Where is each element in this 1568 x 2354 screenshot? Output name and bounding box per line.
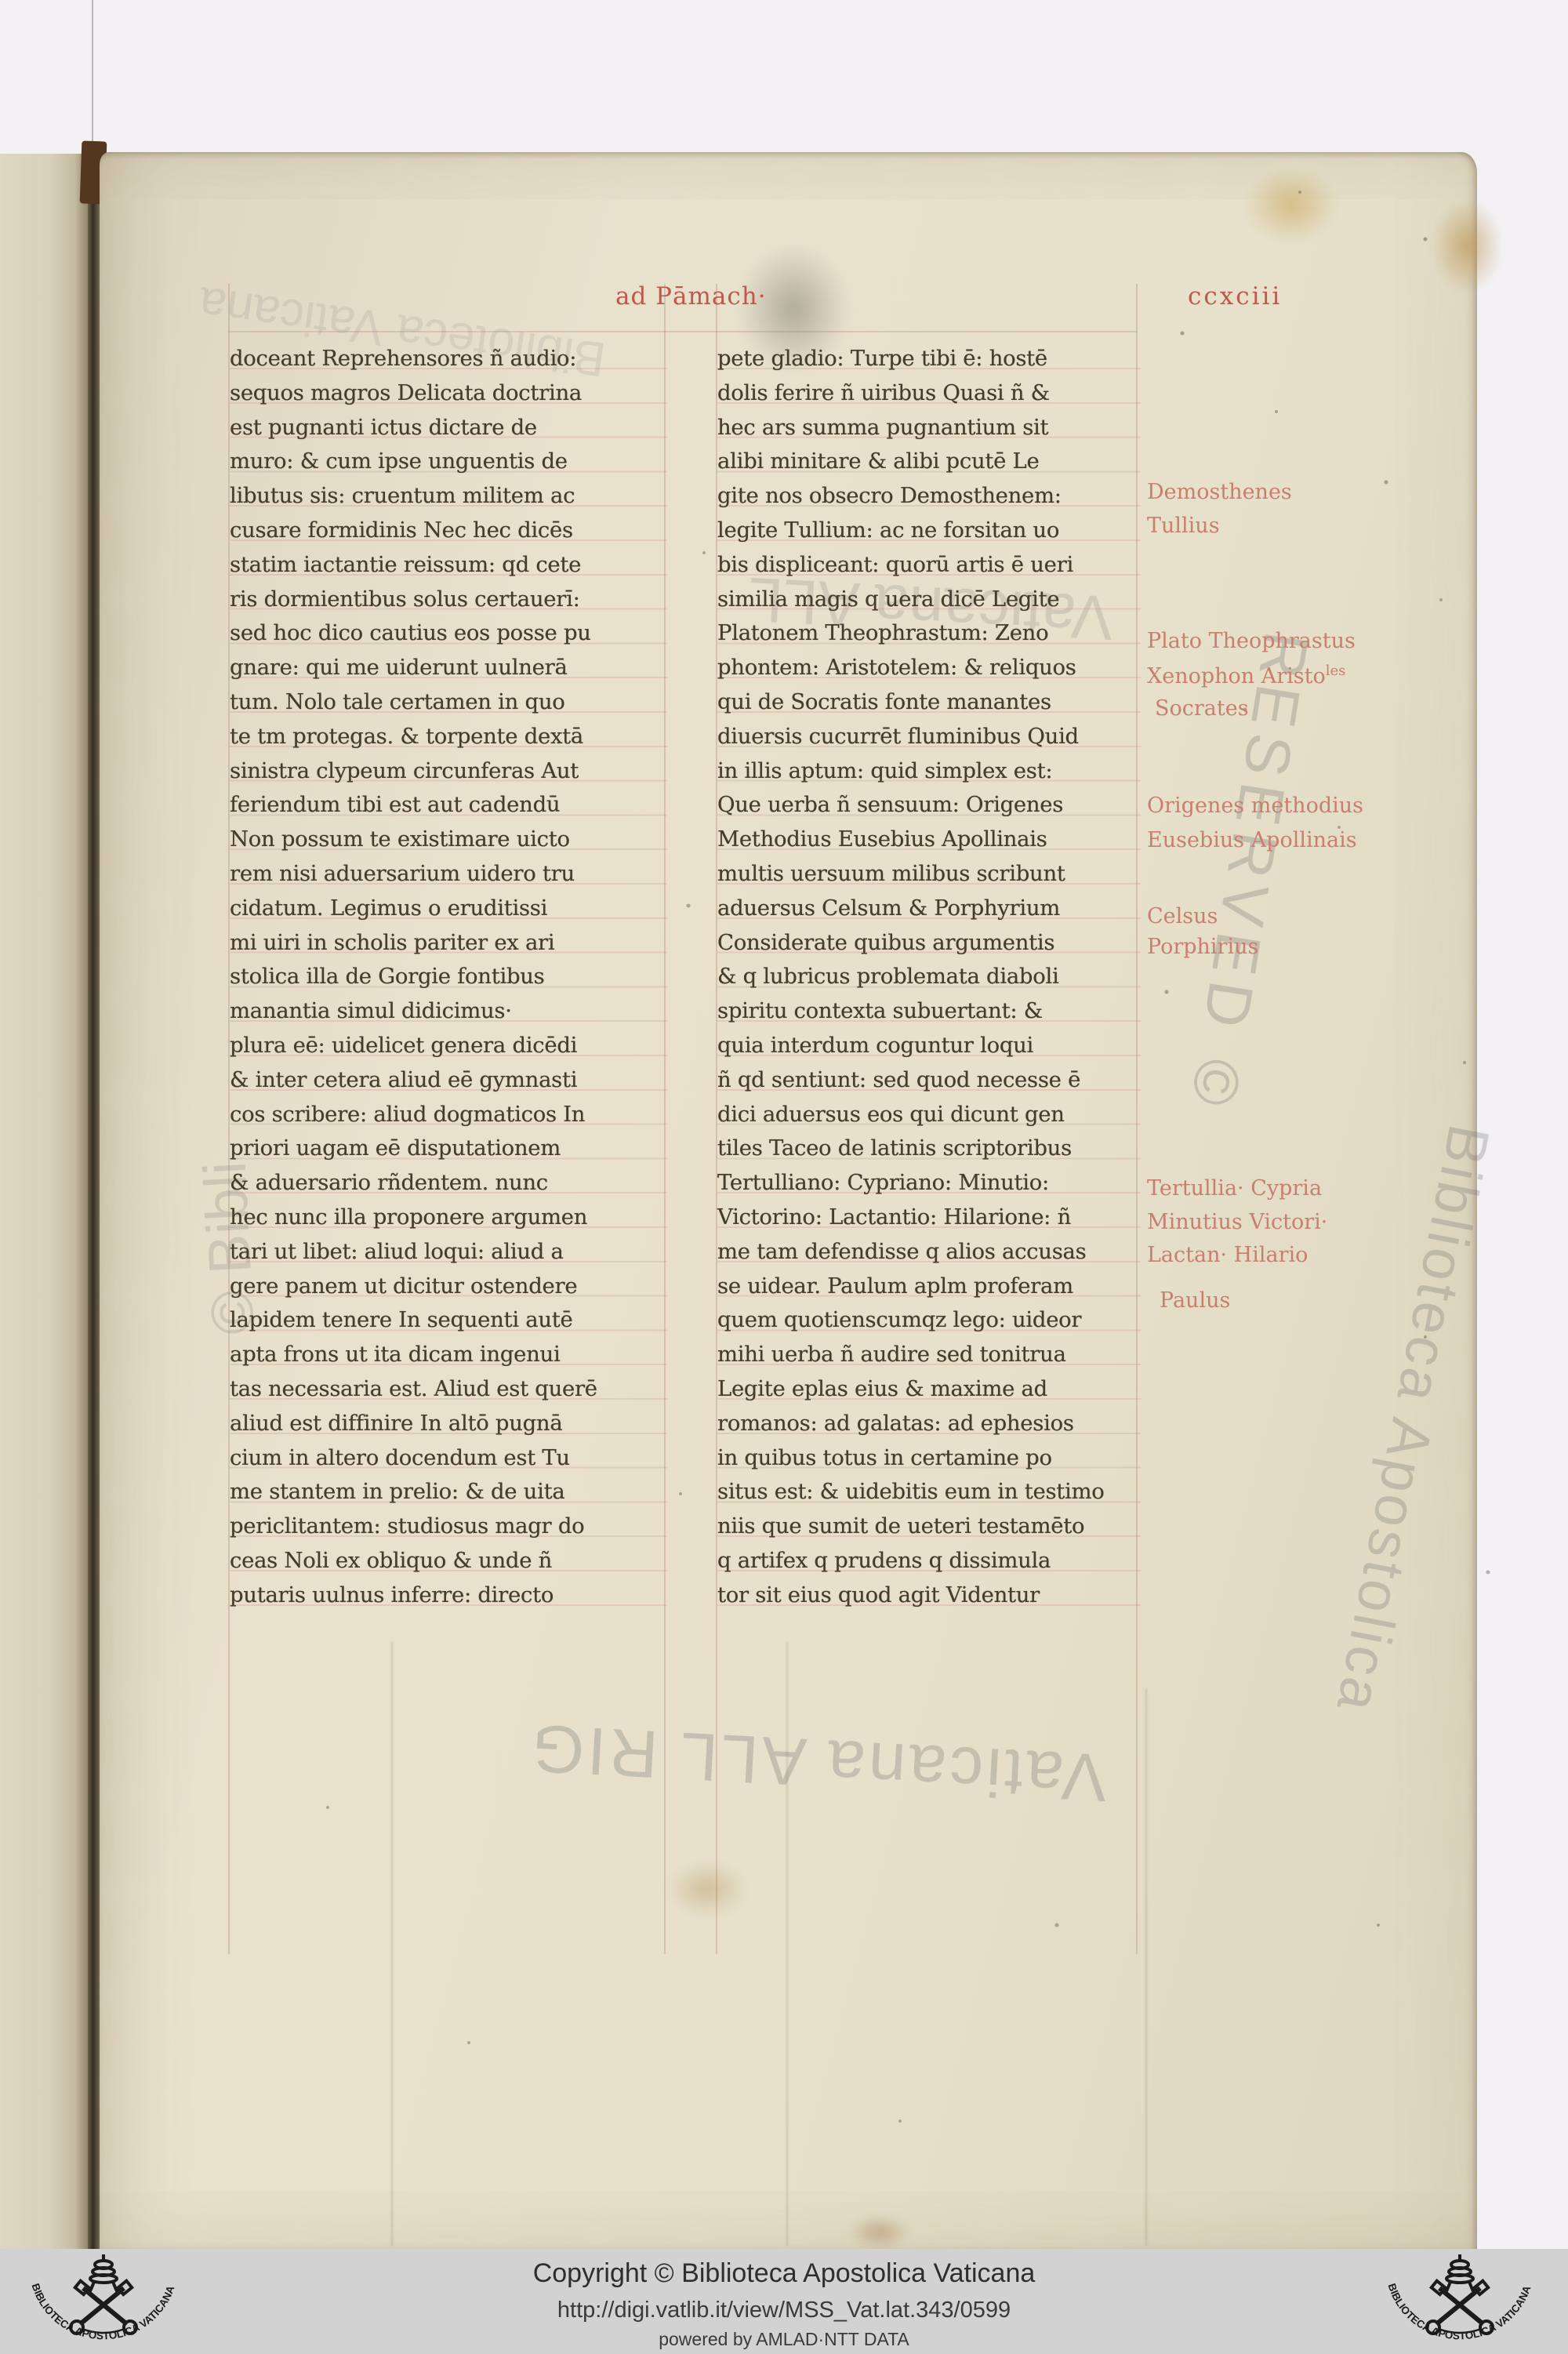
brown-stain xyxy=(668,1862,746,1916)
manuscript-line: Legite eplas eius & maxime ad xyxy=(717,1372,1141,1407)
parchment-crease xyxy=(391,1642,393,2246)
yellow-stain xyxy=(1432,199,1503,293)
manuscript-scan-view: Biblioteca Vaticana Vaticana ALL RESERVE… xyxy=(0,0,1568,2354)
manuscript-line: aliud est diffinire In altō pugnā xyxy=(230,1407,667,1441)
manuscript-line: tiles Taceo de latinis scriptoribus xyxy=(717,1132,1141,1166)
manuscript-line: cusare formidinis Nec hec dicēs xyxy=(230,514,667,548)
manuscript-line: gere panem ut dicitur ostendere xyxy=(230,1270,667,1304)
manuscript-line: tor sit eius quod agit Videntur xyxy=(717,1578,1141,1613)
parchment-specks xyxy=(100,152,101,154)
manuscript-line: quem quotienscumqz lego: uideor xyxy=(717,1303,1141,1338)
margin-note: Paulus xyxy=(1160,1288,1230,1313)
running-title: ad Pāmach· xyxy=(615,282,767,311)
manuscript-line: in quibus totus in certamine po xyxy=(717,1441,1141,1476)
facing-page-edge xyxy=(0,154,88,2249)
margin-note: Lactan· Hilario xyxy=(1147,1243,1308,1267)
manuscript-line: est pugnanti ictus dictare de xyxy=(230,411,667,445)
manuscript-line: romanos: ad galatas: ad ephesios xyxy=(717,1407,1141,1441)
manuscript-line: priori uagam eē disputationem xyxy=(230,1132,667,1166)
manuscript-line: & q lubricus problemata diaboli xyxy=(717,960,1141,994)
margin-note: Tullius xyxy=(1147,514,1220,538)
margin-note: Socrates xyxy=(1155,696,1249,721)
manuscript-line: ñ qd sentiunt: sed quod necesse ē xyxy=(717,1063,1141,1098)
manuscript-line: mihi uerba ñ audire sed tonitrua xyxy=(717,1338,1141,1372)
logo-arc-text: BIBLIOTECA APOSTOLICA VATICANA xyxy=(1386,2282,1534,2341)
manuscript-line: q artifex q prudens q dissimula xyxy=(717,1544,1141,1578)
manuscript-line: sinistra clypeum circunferas Aut xyxy=(230,754,667,789)
page-edge-line xyxy=(92,0,93,157)
manuscript-line: mi uiri in scholis pariter ex ari xyxy=(230,926,667,961)
manuscript-line: tum. Nolo tale certamen in quo xyxy=(230,685,667,720)
manuscript-line: dici aduersus eos qui dicunt gen xyxy=(717,1098,1141,1132)
manuscript-line: quia interdum coguntur loqui xyxy=(717,1029,1141,1063)
manuscript-line: se uidear. Paulum aplm proferam xyxy=(717,1270,1141,1304)
manuscript-line: lapidem tenere In sequenti autē xyxy=(230,1303,667,1338)
copyright-watermark: Vaticana ALL RIG xyxy=(527,1709,1109,1816)
manuscript-line: Victorino: Lactantio: Hilarione: ñ xyxy=(717,1201,1141,1235)
manuscript-line: & aduersario rñdentem. nunc xyxy=(230,1166,667,1201)
brown-stain xyxy=(848,2214,911,2250)
manuscript-line: Platonem Theophrastum: Zeno xyxy=(717,616,1141,651)
footer-bar: Copyright © Biblioteca Apostolica Vatica… xyxy=(0,2249,1568,2354)
margin-note-text: Xenophon Aristo xyxy=(1147,664,1326,688)
margin-note: Eusebius Apollinais xyxy=(1147,828,1357,852)
manuscript-line: aduersus Celsum & Porphyrium xyxy=(717,892,1141,926)
manuscript-line: cos scribere: aliud dogmaticos In xyxy=(230,1098,667,1132)
manuscript-line: putaris uulnus inferre: directo xyxy=(230,1578,667,1613)
manuscript-line: apta frons ut ita dicam ingenui xyxy=(230,1338,667,1372)
manuscript-line: cium in altero docendum est Tu xyxy=(230,1441,667,1476)
manuscript-line: diuersis cucurrēt fluminibus Quid xyxy=(717,720,1141,754)
manuscript-line: niis que sumit de ueteri testamēto xyxy=(717,1509,1141,1544)
manuscript-line: in illis aptum: quid simplex est: xyxy=(717,754,1141,789)
manuscript-line: gite nos obsecro Demosthenem: xyxy=(717,479,1141,514)
manuscript-line: & inter cetera aliud eē gymnasti xyxy=(230,1063,667,1098)
margin-note: Celsus xyxy=(1147,904,1218,928)
manuscript-line: doceant Reprehensores ñ audio: xyxy=(230,342,667,376)
manuscript-line: libutus sis: cruentum militem ac xyxy=(230,479,667,514)
margin-note: Origenes methodius xyxy=(1147,794,1363,818)
folio-number: ccxciii xyxy=(1188,282,1282,311)
vatican-library-logo: BIBLIOTECA APOSTOLICA VATICANA xyxy=(1381,2252,1538,2351)
manuscript-line: tari ut libet: aliud loqui: aliud a xyxy=(230,1235,667,1270)
manuscript-line: multis uersuum milibus scribunt xyxy=(717,857,1141,892)
manuscript-line: cidatum. Legimus o eruditissi xyxy=(230,892,667,926)
book-gutter xyxy=(88,154,100,2249)
svg-text:BIBLIOTECA APOSTOLICA VATICANA: BIBLIOTECA APOSTOLICA VATICANA xyxy=(1386,2282,1534,2341)
manuscript-line: tas necessaria est. Aliud est querē xyxy=(230,1372,667,1407)
margin-note: Minutius Victori· xyxy=(1147,1210,1327,1234)
margin-note: Demosthenes xyxy=(1147,480,1292,504)
margin-note: Tertullia· Cypria xyxy=(1147,1176,1322,1201)
footer-copyright: Copyright © Biblioteca Apostolica Vatica… xyxy=(0,2258,1568,2289)
manuscript-line: plura eē: uidelicet genera dicēdi xyxy=(230,1029,667,1063)
manuscript-line: Tertulliano: Cypriano: Minutio: xyxy=(717,1166,1141,1201)
manuscript-line: periclitantem: studiosus magr do xyxy=(230,1509,667,1544)
manuscript-line: statim iactantie reissum: qd cete xyxy=(230,548,667,583)
manuscript-line: gnare: qui me uiderunt uulnerā xyxy=(230,651,667,685)
manuscript-line: sed hoc dico cautius eos posse pu xyxy=(230,616,667,651)
manuscript-line: spiritu contexta subuertant: & xyxy=(717,994,1141,1029)
manuscript-line: rem nisi aduersarium uidero tru xyxy=(230,857,667,892)
manuscript-line: Que uerba ñ sensuum: Origenes xyxy=(717,788,1141,823)
margin-note: Plato Theophrastus xyxy=(1147,629,1356,653)
yellow-stain xyxy=(1244,168,1338,242)
margin-note: Porphirius xyxy=(1147,935,1258,959)
footer-url: http://digi.vatlib.it/view/MSS_Vat.lat.3… xyxy=(0,2298,1568,2323)
manuscript-line: Methodius Eusebius Apollinais xyxy=(717,823,1141,857)
manuscript-line: te tm protegas. & torpente dextā xyxy=(230,720,667,754)
svg-text:BIBLIOTECA APOSTOLICA VATICANA: BIBLIOTECA APOSTOLICA VATICANA xyxy=(30,2282,177,2341)
manuscript-line: dolis ferire ñ uiribus Quasi ñ & xyxy=(717,376,1141,411)
manuscript-line: feriendum tibi est aut cadendū xyxy=(230,788,667,823)
copyright-watermark: Biblioteca Apostolica xyxy=(1323,1120,1503,1720)
manuscript-line: stolica illa de Gorgie fontibus xyxy=(230,960,667,994)
text-column-right: pete gladio: Turpe tibi ē: hostēdolis fe… xyxy=(717,342,1141,1612)
manuscript-line: me tam defendisse q alios accusas xyxy=(717,1235,1141,1270)
manuscript-line: Non possum te existimare uicto xyxy=(230,823,667,857)
manuscript-line: pete gladio: Turpe tibi ē: hostē xyxy=(717,342,1141,376)
parchment-crease xyxy=(1145,1689,1147,2246)
manuscript-line: hec ars summa pugnantium sit xyxy=(717,411,1141,445)
parchment-page: Biblioteca Vaticana Vaticana ALL RESERVE… xyxy=(100,152,1477,2249)
logo-arc-text: BIBLIOTECA APOSTOLICA VATICANA xyxy=(30,2282,177,2341)
manuscript-line: manantia simul didicimus· xyxy=(230,994,667,1029)
footer-powered-by: powered by AMLAD·NTT DATA xyxy=(0,2329,1568,2350)
manuscript-line: bis displiceant: quorū artis ē ueri xyxy=(717,548,1141,583)
manuscript-line: ris dormientibus solus certauerī: xyxy=(230,583,667,617)
manuscript-line: ceas Noli ex obliquo & unde ñ xyxy=(230,1544,667,1578)
manuscript-line: similia magis q uera dicē Legite xyxy=(717,583,1141,617)
manuscript-line: Considerate quibus argumentis xyxy=(717,926,1141,961)
manuscript-line: me stantem in prelio: & de uita xyxy=(230,1475,667,1509)
manuscript-line: phontem: Aristotelem: & reliquos xyxy=(717,651,1141,685)
margin-note-superscript: les xyxy=(1326,663,1346,679)
manuscript-line: qui de Socratis fonte manantes xyxy=(717,685,1141,720)
text-column-left: doceant Reprehensores ñ audio:sequos mag… xyxy=(230,342,667,1612)
manuscript-line: legite Tullium: ac ne forsitan uo xyxy=(717,514,1141,548)
vatican-library-logo: BIBLIOTECA APOSTOLICA VATICANA xyxy=(25,2252,182,2351)
margin-note: Xenophon Aristoles xyxy=(1147,663,1345,688)
manuscript-line: sequos magros Delicata doctrina xyxy=(230,376,667,411)
manuscript-line: alibi minitare & alibi pcutē Le xyxy=(717,445,1141,479)
manuscript-line: situs est: & uidebitis eum in testimo xyxy=(717,1475,1141,1509)
manuscript-line: muro: & cum ipse unguentis de xyxy=(230,445,667,479)
manuscript-line: hec nunc illa proponere argumen xyxy=(230,1201,667,1235)
